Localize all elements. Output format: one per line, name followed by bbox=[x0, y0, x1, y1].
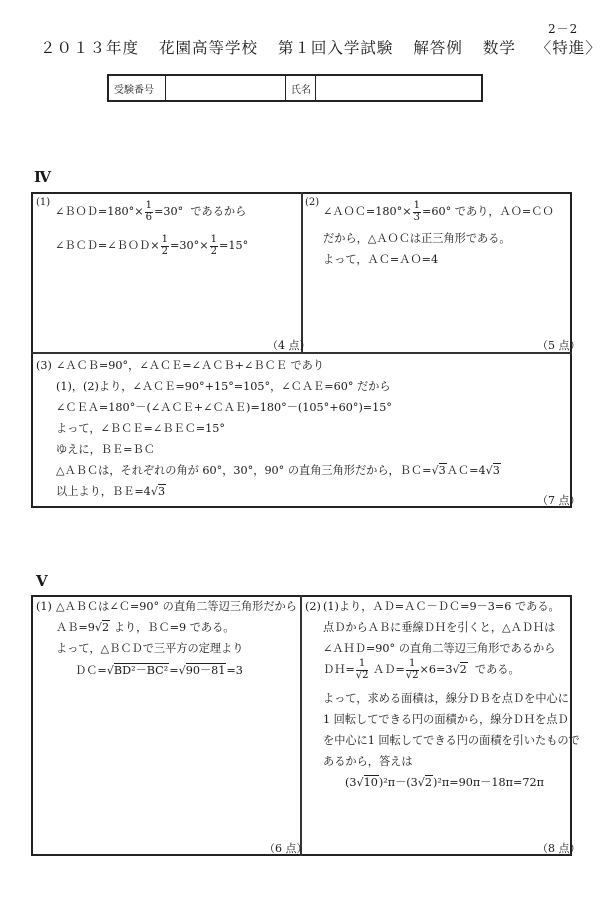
points-label: （6 点） bbox=[264, 840, 308, 856]
answer-line: △ＡＢＣは，それぞれの角が 60°，30°，90° の直角三角形だから，ＢＣ=√… bbox=[56, 465, 501, 476]
points-label: （5 点） bbox=[537, 337, 581, 353]
answer-line: よって，求める面積は，線分ＤＢを点Ｄを中心に bbox=[323, 693, 569, 704]
exam-number-label: 受験番号 bbox=[109, 76, 166, 100]
id-table: 受験番号 氏名 bbox=[107, 74, 483, 102]
name-field[interactable] bbox=[316, 76, 481, 100]
section-4-label: Ⅳ bbox=[34, 168, 51, 187]
answer-line: ∠ＡＣＢ=90°，∠ＡＣＥ=∠ＡＣＢ+∠ＢＣＥ であり bbox=[56, 360, 324, 371]
question-number: (1) bbox=[36, 601, 52, 612]
answer-line: 以上より，ＢＥ=4√3 bbox=[56, 486, 166, 497]
divider bbox=[301, 192, 303, 353]
exam-number-field[interactable] bbox=[166, 76, 286, 100]
answer-line: (1)，(2)より，∠ＡＣＥ=90°+15°=105°，∠ＣＡＥ=60° だから bbox=[56, 381, 391, 392]
section-5-label: Ⅴ bbox=[36, 572, 48, 591]
title-course: 〈特進〉 bbox=[536, 39, 600, 57]
question-number: (1) bbox=[36, 197, 50, 208]
answer-line: だから，△ＡＯＣは正三角形である。 bbox=[323, 233, 511, 244]
page-number: 2－2 bbox=[548, 20, 578, 37]
answer-line: よって，△ＢＣＤで三平方の定理より bbox=[56, 643, 243, 654]
answer-line: (3√10)²π－(3√2)²π=90π－18π=72π bbox=[345, 777, 544, 788]
text: =30° bbox=[154, 205, 183, 218]
answer-line: あるから，答えは bbox=[323, 756, 413, 767]
answer-line: (1)より，ＡＤ=ＡＣ－ＤＣ=9－3=6 である。 bbox=[323, 601, 560, 612]
answer-line: ∠ＡＨＤ=90° の直角二等辺三角形であるから bbox=[323, 643, 555, 654]
points-label: （8 点） bbox=[537, 840, 581, 856]
points-label: （4 点） bbox=[267, 337, 311, 353]
answer-line: ∠ＢＣＤ=∠ＢＯＤ×12=30°×12=15° bbox=[55, 235, 248, 257]
question-number: (2) bbox=[305, 601, 321, 612]
title-subject: 数学 bbox=[483, 39, 516, 57]
text: であるから bbox=[190, 205, 246, 218]
title-exam: 第１回入学試験 bbox=[278, 39, 394, 57]
fraction: 16 bbox=[145, 201, 153, 223]
answer-line: よって，ＡＣ=ＡＯ=4 bbox=[323, 254, 438, 265]
answer-line: ＤＨ=1√2 ＡＤ=1√2×6=3√2 である。 bbox=[323, 659, 520, 681]
answer-line: ＤＣ=√BD²－BC²=√90－81=3 bbox=[75, 665, 243, 676]
title-school: 花園高等学校 bbox=[159, 39, 258, 57]
answer-line: ＡＢ=9√2 より，ＢＣ=9 である。 bbox=[56, 622, 234, 633]
page-title: ２０１３年度 花園高等学校 第１回入学試験 解答例 数学 〈特進〉 bbox=[40, 36, 600, 58]
answer-line: △ＡＢＣは∠Ｃ=90° の直角二等辺三角形だから bbox=[56, 601, 297, 612]
question-number: (3) bbox=[36, 360, 52, 371]
text: ∠ＢＯＤ=180°× bbox=[55, 205, 144, 218]
answer-line: を中心に1 回転してできる円の面積を引いたもので bbox=[323, 735, 580, 746]
question-number: (2) bbox=[305, 197, 319, 208]
answer-line: よって，∠ＢＣＥ=∠ＢＥＣ=15° bbox=[56, 423, 225, 434]
title-type: 解答例 bbox=[413, 39, 463, 57]
answer-line: ∠ＢＯＤ=180°×16=30° であるから bbox=[55, 201, 246, 223]
title-year: ２０１３年度 bbox=[40, 39, 139, 57]
points-label: （7 点） bbox=[537, 492, 581, 508]
answer-line: 1 回転してできる円の面積から，線分ＤＨを点Ｄ bbox=[323, 714, 569, 725]
answer-line: ∠ＣＥＡ=180°－(∠ＡＣＥ+∠ＣＡＥ)=180°－(105°+60°)=15… bbox=[56, 402, 392, 413]
answer-line: ∠ＡＯＣ=180°×13=60° であり，ＡＯ=ＣＯ bbox=[323, 201, 554, 223]
name-label: 氏名 bbox=[286, 76, 316, 100]
answer-line: 点ＤからＡＢに垂線ＤＨを引くと，△ＡＤＨは bbox=[323, 622, 555, 633]
divider bbox=[300, 595, 302, 856]
answer-line: ゆえに，ＢＥ=ＢＣ bbox=[56, 444, 155, 455]
